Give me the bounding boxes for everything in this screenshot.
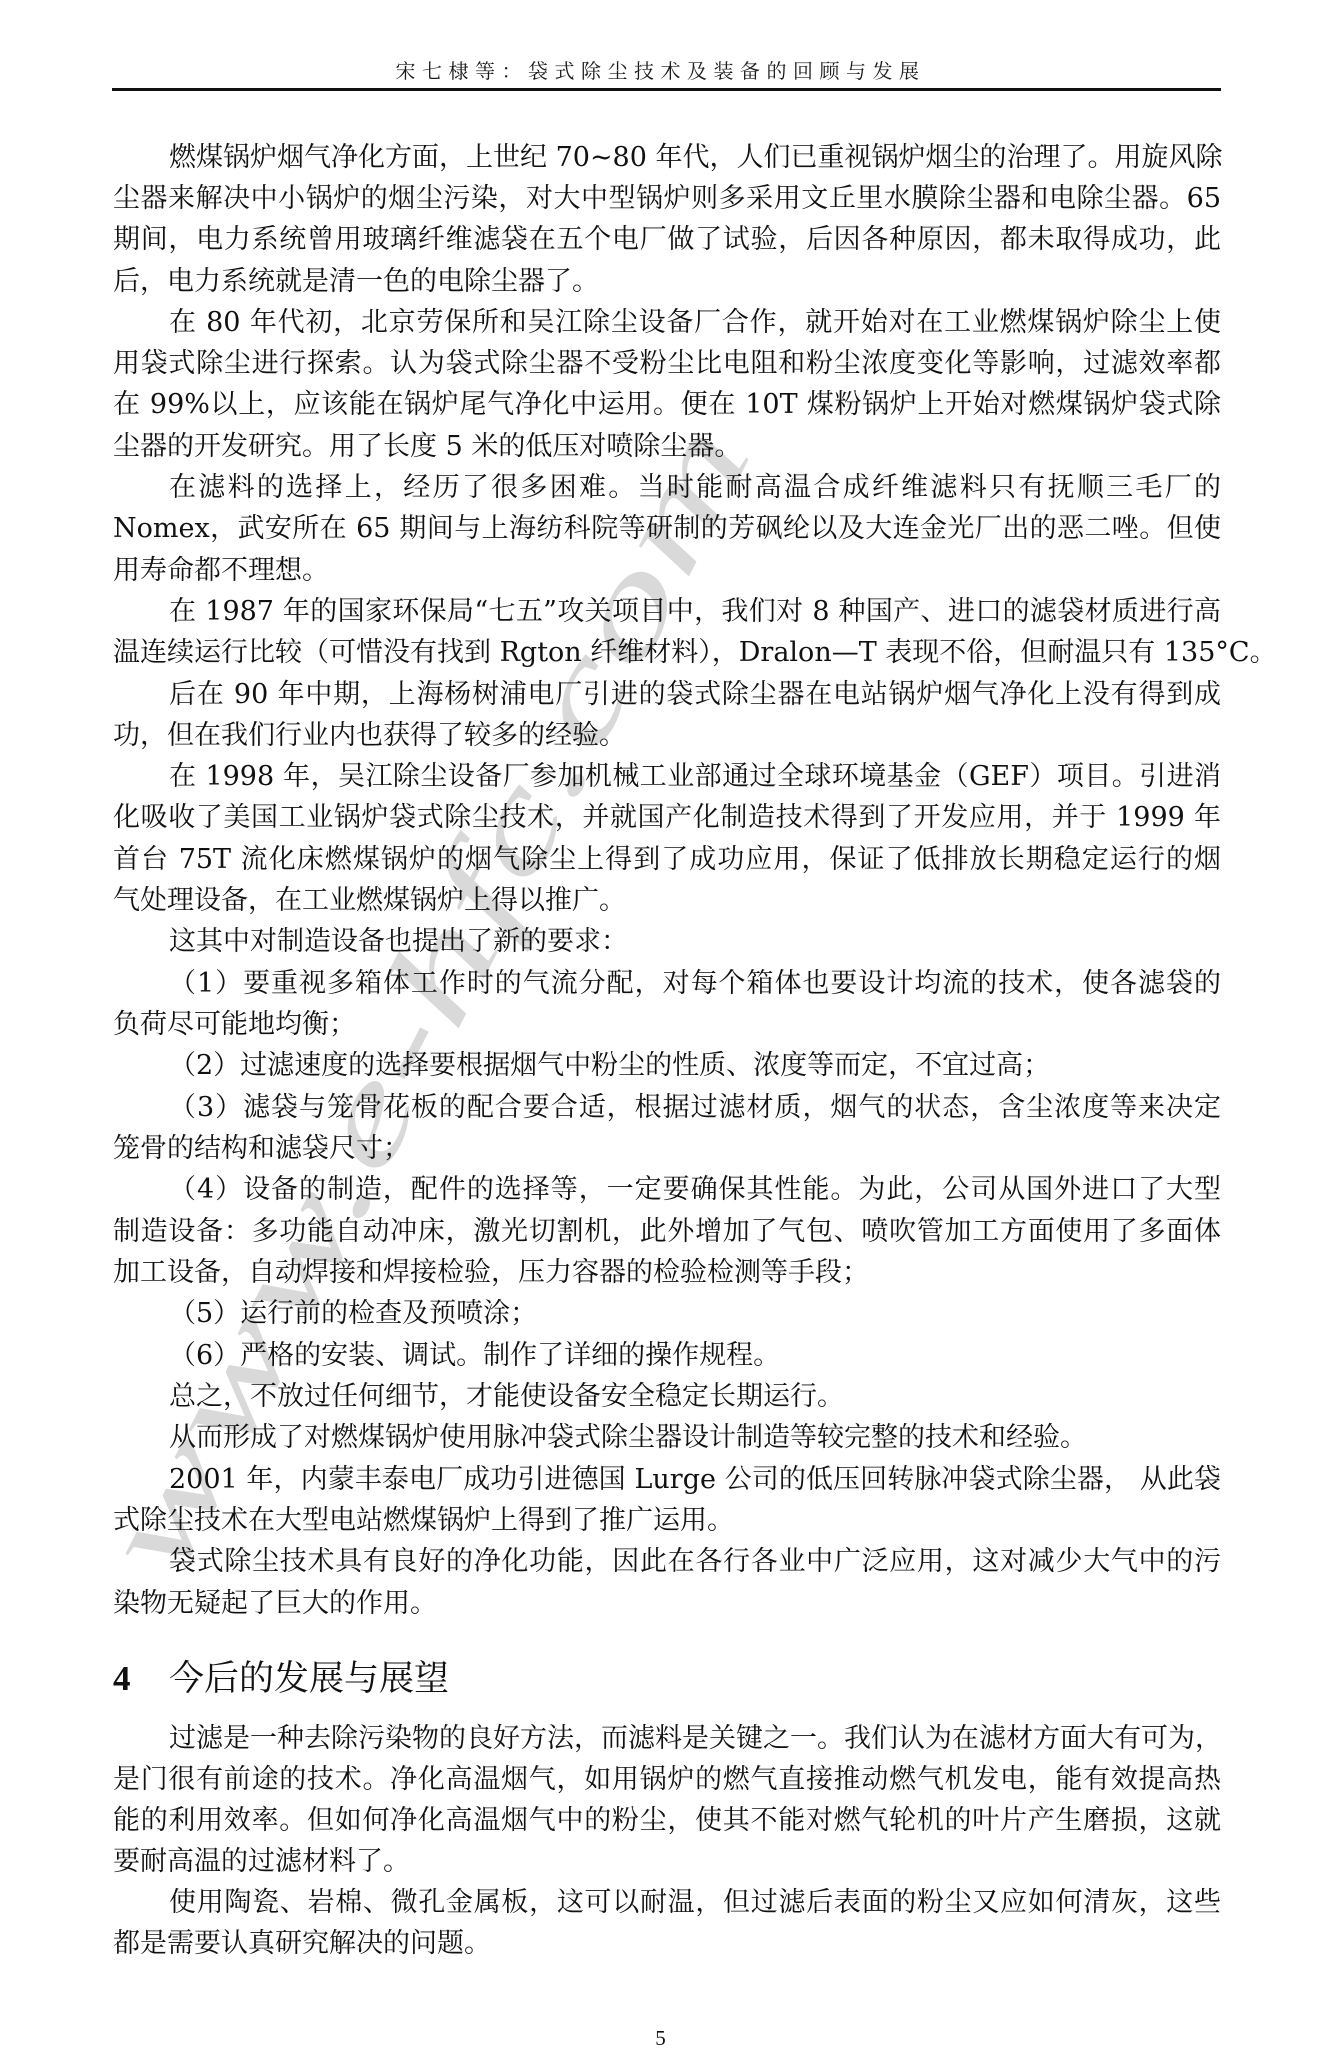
page-number: 5 (0, 2026, 1321, 2051)
running-title: 宋七棣等：袋式除尘技术及装备的回顾与发展 (0, 56, 1321, 86)
text-line: 后在 90 年中期，上海杨树浦电厂引进的袋式除尘器在电站锅炉烟气净化上没有得到成 (169, 674, 1221, 716)
text-line: 2001 年，内蒙丰泰电厂成功引进德国 Lurge 公司的低压回转脉冲袋式除尘器… (169, 1459, 1221, 1501)
section-title: 今后的发展与展望 (169, 1659, 449, 1699)
text-line: 用袋式除尘进行探索。认为袋式除尘器不受粉尘比电阻和粉尘浓度变化等影响，过滤效率都 (113, 343, 1221, 385)
text-line: 笼骨的结构和滤袋尺寸； (113, 1128, 1221, 1170)
text-line: 功，但在我们行业内也获得了较多的经验。 (113, 715, 1221, 757)
text-line: Nomex，武安所在 65 期间与上海纺科院等研制的芳砜纶以及大连金光厂出的恶二… (113, 508, 1221, 550)
text-line: 在 1998 年，吴江除尘设备厂参加机械工业部通过全球环境基金（GEF）项目。引… (169, 756, 1221, 798)
text-line: 从而形成了对燃煤锅炉使用脉冲袋式除尘器设计制造等较完整的技术和经验。 (169, 1417, 1221, 1459)
text-line: 化吸收了美国工业锅炉袋式除尘技术，并就国产化制造技术得到了开发应用，并于 199… (113, 797, 1221, 839)
text-line: 首台 75T 流化床燃煤锅炉的烟气除尘上得到了成功应用，保证了低排放长期稳定运行… (113, 839, 1221, 881)
text-line: 都是需要认真研究解决的问题。 (113, 1923, 1221, 1965)
text-line: 负荷尽可能地均衡； (113, 1004, 1221, 1046)
text-line: （4）设备的制造，配件的选择等，一定要确保其性能。为此，公司从国外进口了大型 (169, 1169, 1221, 1211)
text-line: 用寿命都不理想。 (113, 550, 1221, 592)
text-line: （5）运行前的检查及预喷涂； (169, 1293, 1221, 1335)
text-line: 要耐高温的过滤材料了。 (113, 1841, 1221, 1883)
text-line: 温连续运行比较（可惜没有找到 Rgton 纤维材料），Dralon—T 表现不俗… (113, 632, 1221, 674)
text-line: （1）要重视多箱体工作时的气流分配，对每个箱体也要设计均流的技术，使各滤袋的 (169, 963, 1221, 1005)
text-line: 气处理设备，在工业燃煤锅炉上得以推广。 (113, 880, 1221, 922)
text-line: 在 99%以上，应该能在锅炉尾气净化中运用。便在 10T 煤粉锅炉上开始对燃煤锅… (113, 384, 1221, 426)
text-line: 在 80 年代初，北京劳保所和吴江除尘设备厂合作，就开始对在工业燃煤锅炉除尘上使 (169, 302, 1221, 344)
text-line: 在 1987 年的国家环保局“七五”攻关项目中，我们对 8 种国产、进口的滤袋材… (169, 591, 1221, 633)
text-line: 袋式除尘技术具有良好的净化功能，因此在各行各业中广泛应用，这对减少大气中的污 (169, 1541, 1221, 1583)
text-line: （2）过滤速度的选择要根据烟气中粉尘的性质、浓度等而定，不宜过高； (169, 1045, 1221, 1087)
section-number: 4 (113, 1655, 169, 1703)
text-line: 尘器来解决中小锅炉的烟尘污染，对大中型锅炉则多采用文丘里水膜除尘器和电除尘器。6… (113, 178, 1221, 220)
text-line: 在滤料的选择上，经历了很多困难。当时能耐高温合成纤维滤料只有抚顺三毛厂的 (169, 467, 1221, 509)
text-line: 后，电力系统就是清一色的电除尘器了。 (113, 261, 1221, 303)
text-line: 染物无疑起了巨大的作用。 (113, 1583, 1221, 1625)
text-line: 总之，不放过任何细节，才能使设备安全稳定长期运行。 (169, 1376, 1221, 1418)
text-line: 式除尘技术在大型电站燃煤锅炉上得到了推广运用。 (113, 1500, 1221, 1542)
text-line: 过滤是一种去除污染物的良好方法，而滤料是关键之一。我们认为在滤材方面大有可为， (169, 1718, 1221, 1760)
section-heading: 4今后的发展与展望 (113, 1655, 449, 1703)
text-line: （3）滤袋与笼骨花板的配合要合适，根据过滤材质，烟气的状态，含尘浓度等来决定 (169, 1087, 1221, 1129)
text-line: 制造设备：多功能自动冲床，激光切割机，此外增加了气包、喷吹管加工方面使用了多面体 (113, 1211, 1221, 1253)
text-line: 尘器的开发研究。用了长度 5 米的低压对喷除尘器。 (113, 426, 1221, 468)
text-line: （6）严格的安装、调试。制作了详细的操作规程。 (169, 1335, 1221, 1377)
text-line: 期间，电力系统曾用玻璃纤维滤袋在五个电厂做了试验，后因各种原因，都未取得成功，此 (113, 219, 1221, 261)
text-line: 能的利用效率。但如何净化高温烟气中的粉尘，使其不能对燃气轮机的叶片产生磨损，这就 (113, 1800, 1221, 1842)
text-line: 这其中对制造设备也提出了新的要求： (169, 921, 1221, 963)
text-line: 是门很有前途的技术。净化高温烟气，如用锅炉的燃气直接推动燃气机发电，能有效提高热 (113, 1759, 1221, 1801)
text-line: 燃煤锅炉烟气净化方面，上世纪 70~80 年代，人们已重视锅炉烟尘的治理了。用旋… (169, 137, 1221, 179)
text-line: 加工设备，自动焊接和焊接检验，压力容器的检验检测等手段； (113, 1252, 1221, 1294)
text-line: 使用陶瓷、岩棉、微孔金属板，这可以耐温，但过滤后表面的粉尘又应如何清灰，这些 (169, 1882, 1221, 1924)
header-divider (112, 88, 1221, 91)
